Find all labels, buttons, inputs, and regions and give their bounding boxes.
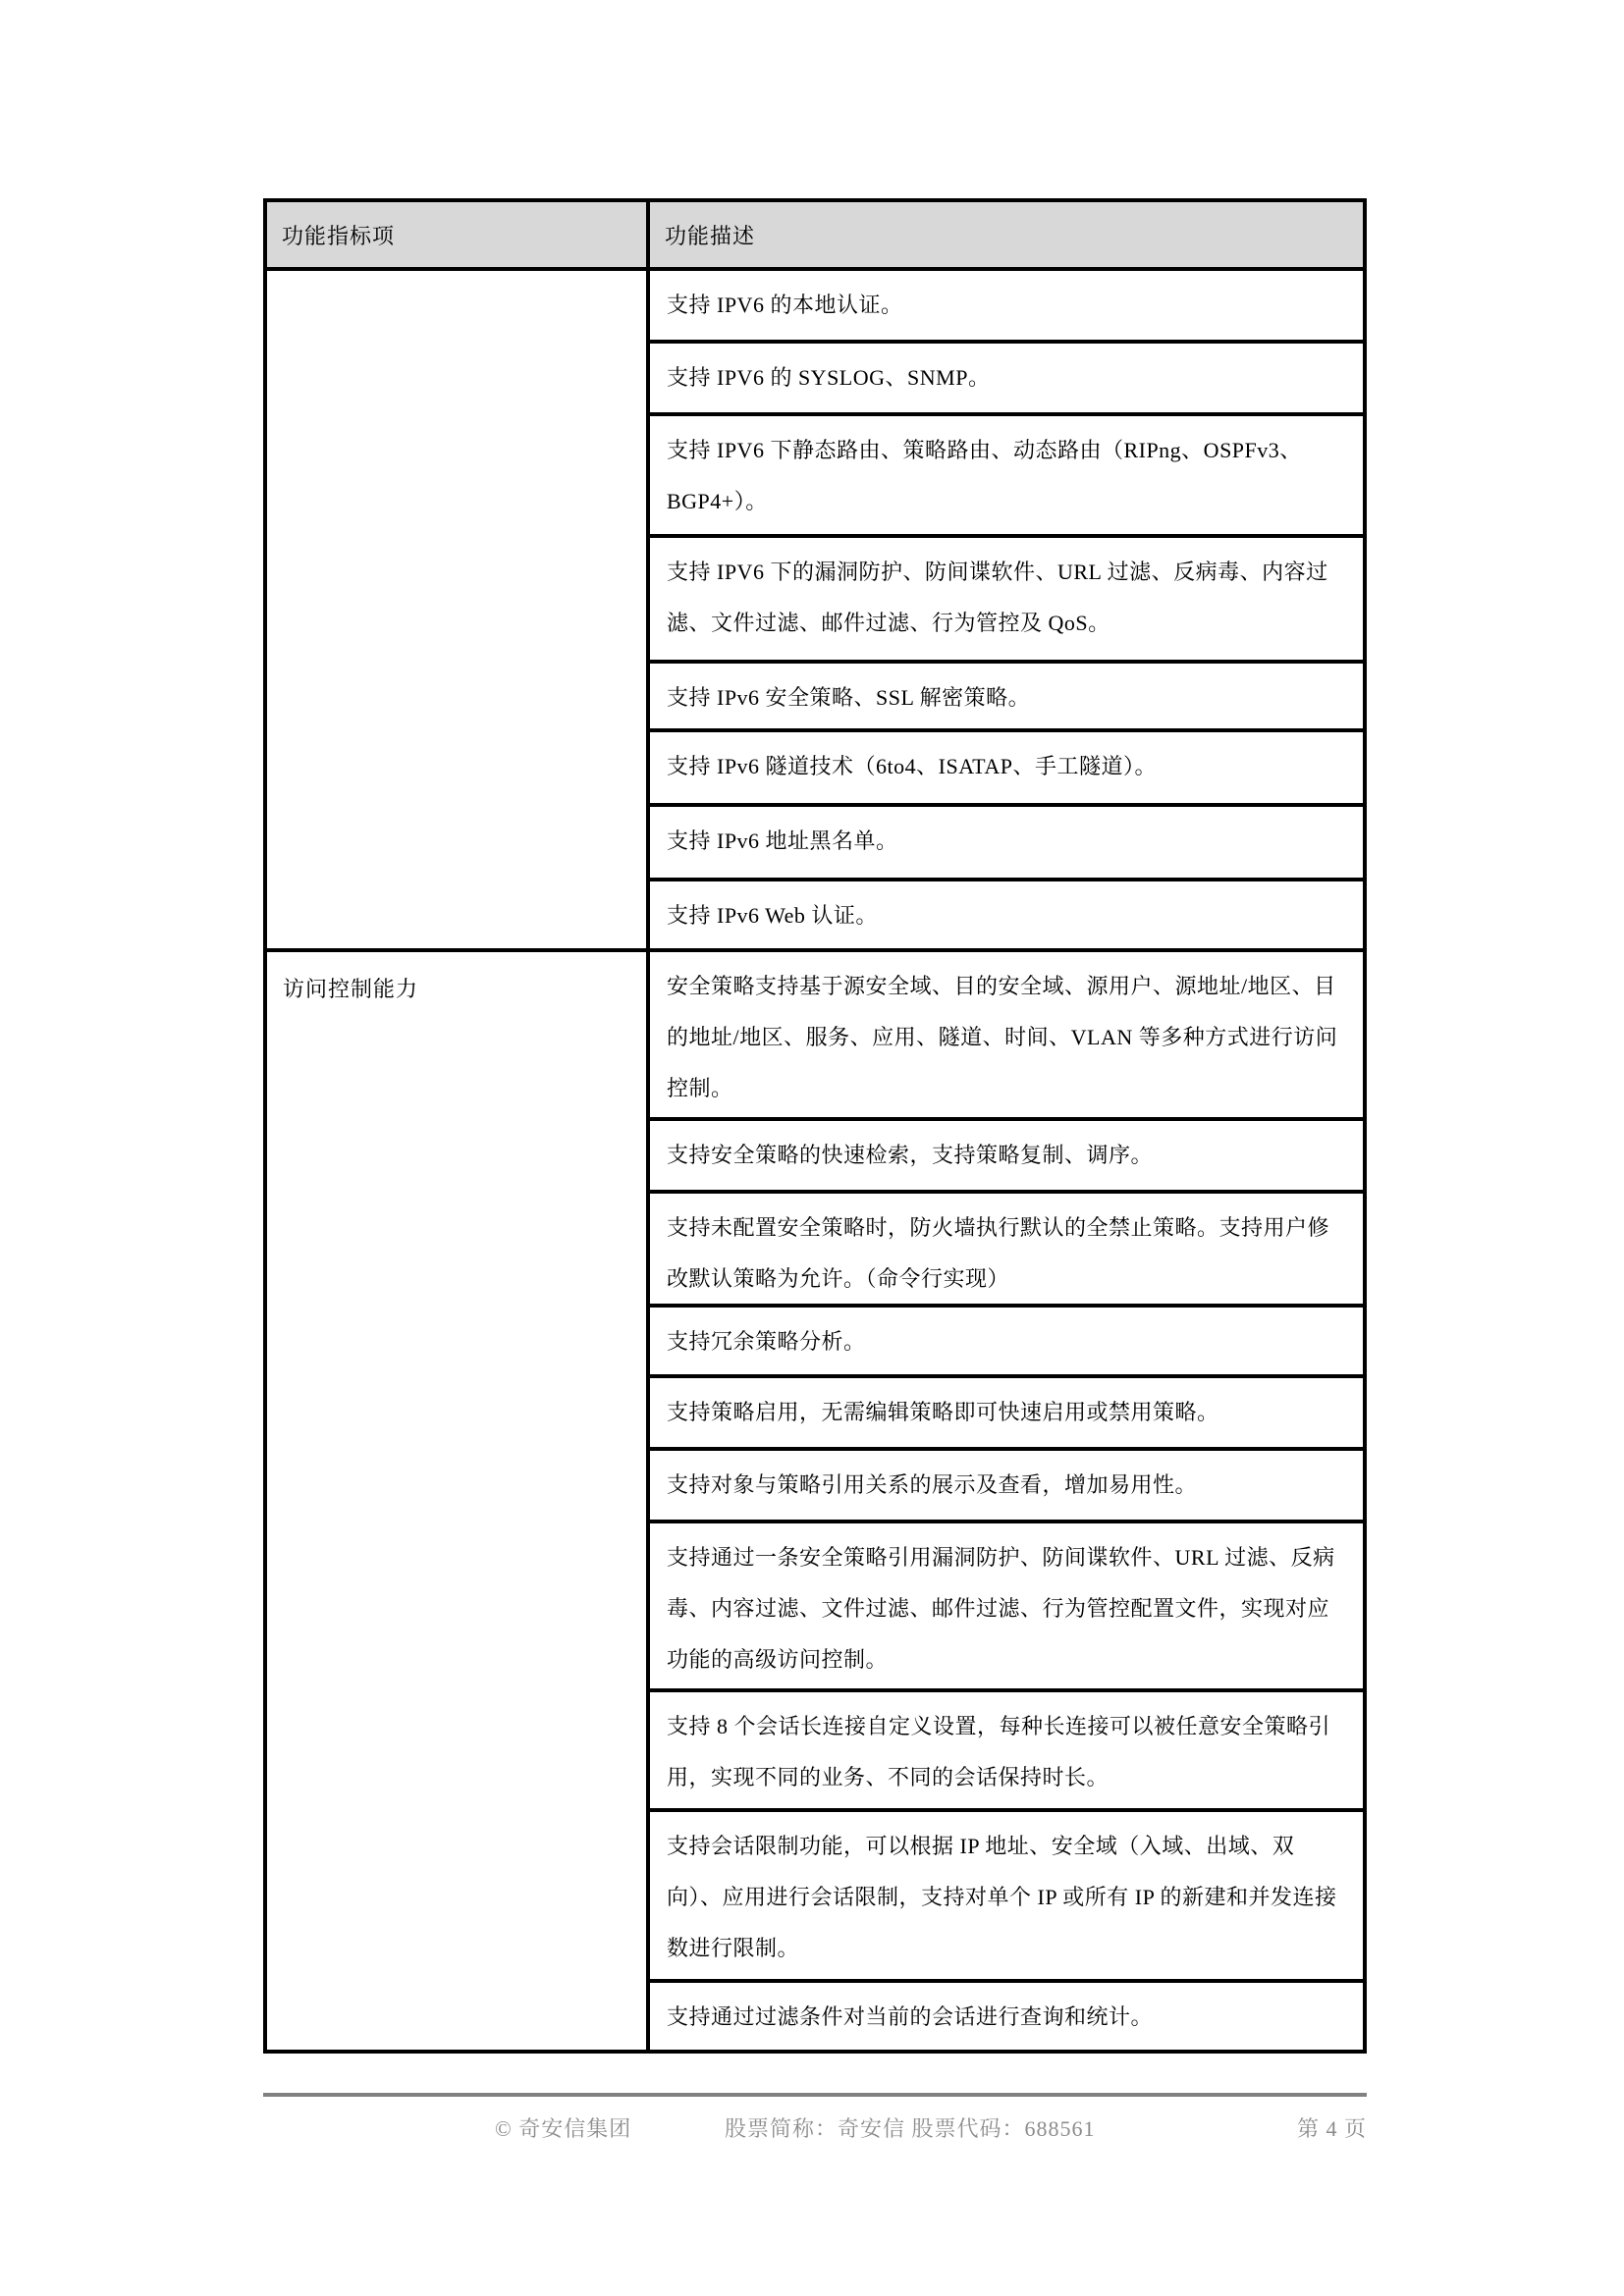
table-row: 支持 IPv6 地址黑名单。 (650, 807, 1363, 881)
feature-spec-table: 功能指标项 功能描述 支持 IPV6 的本地认证。 支持 IPV6 的 SYSL… (263, 198, 1367, 2054)
table-row: 安全策略支持基于源安全域、目的安全域、源用户、源地址/地区、目的地址/地区、服务… (650, 952, 1363, 1121)
table-row: 支持安全策略的快速检索，支持策略复制、调序。 (650, 1121, 1363, 1194)
table-section-access-control: 访问控制能力 安全策略支持基于源安全域、目的安全域、源用户、源地址/地区、目的地… (267, 952, 1363, 2050)
table-row: 支持对象与策略引用关系的展示及查看，增加易用性。 (650, 1451, 1363, 1523)
table-header-row: 功能指标项 功能描述 (267, 202, 1363, 271)
table-row: 支持策略启用，无需编辑策略即可快速启用或禁用策略。 (650, 1378, 1363, 1451)
footer-copyright: © 奇安信集团 (495, 2112, 631, 2143)
table-section-ipv6: 支持 IPV6 的本地认证。 支持 IPV6 的 SYSLOG、SNMP。 支持… (267, 271, 1363, 952)
table-row: 支持通过过滤条件对当前的会话进行查询和统计。 (650, 1983, 1363, 2050)
description-rows: 支持 IPV6 的本地认证。 支持 IPV6 的 SYSLOG、SNMP。 支持… (650, 271, 1363, 948)
header-cell-description: 功能描述 (650, 202, 1363, 267)
category-cell-access-control: 访问控制能力 (267, 952, 650, 2050)
table-row: 支持未配置安全策略时，防火墙执行默认的全禁止策略。支持用户修改默认策略为允许。（… (650, 1194, 1363, 1308)
table-row: 支持 IPv6 安全策略、SSL 解密策略。 (650, 664, 1363, 732)
footer-divider (263, 2093, 1367, 2097)
table-row: 支持会话限制功能，可以根据 IP 地址、安全域（入域、出域、双向）、应用进行会话… (650, 1812, 1363, 1983)
table-row: 支持 IPV6 的本地认证。 (650, 271, 1363, 344)
document-page: 功能指标项 功能描述 支持 IPV6 的本地认证。 支持 IPV6 的 SYSL… (0, 0, 1624, 2296)
footer-stock-info: 股票简称：奇安信 股票代码：688561 (725, 2112, 1096, 2143)
description-rows: 安全策略支持基于源安全域、目的安全域、源用户、源地址/地区、目的地址/地区、服务… (650, 952, 1363, 2050)
table-row: 支持 IPV6 下静态路由、策略路由、动态路由（RIPng、OSPFv3、BGP… (650, 416, 1363, 538)
header-cell-indicator: 功能指标项 (267, 202, 650, 267)
table-row: 支持 IPv6 隧道技术（6to4、ISATAP、手工隧道）。 (650, 732, 1363, 807)
table-row: 支持 8 个会话长连接自定义设置，每种长连接可以被任意安全策略引用，实现不同的业… (650, 1692, 1363, 1812)
table-row: 支持 IPV6 下的漏洞防护、防间谍软件、URL 过滤、反病毒、内容过滤、文件过… (650, 538, 1363, 664)
category-cell-empty (267, 271, 650, 948)
page-footer: © 奇安信集团 股票简称：奇安信 股票代码：688561 第 4 页 (263, 2107, 1367, 2148)
table-row: 支持通过一条安全策略引用漏洞防护、防间谍软件、URL 过滤、反病毒、内容过滤、文… (650, 1523, 1363, 1692)
table-row: 支持 IPV6 的 SYSLOG、SNMP。 (650, 344, 1363, 416)
footer-page-number: 第 4 页 (1297, 2112, 1367, 2143)
table-row: 支持冗余策略分析。 (650, 1308, 1363, 1378)
table-row: 支持 IPv6 Web 认证。 (650, 881, 1363, 948)
